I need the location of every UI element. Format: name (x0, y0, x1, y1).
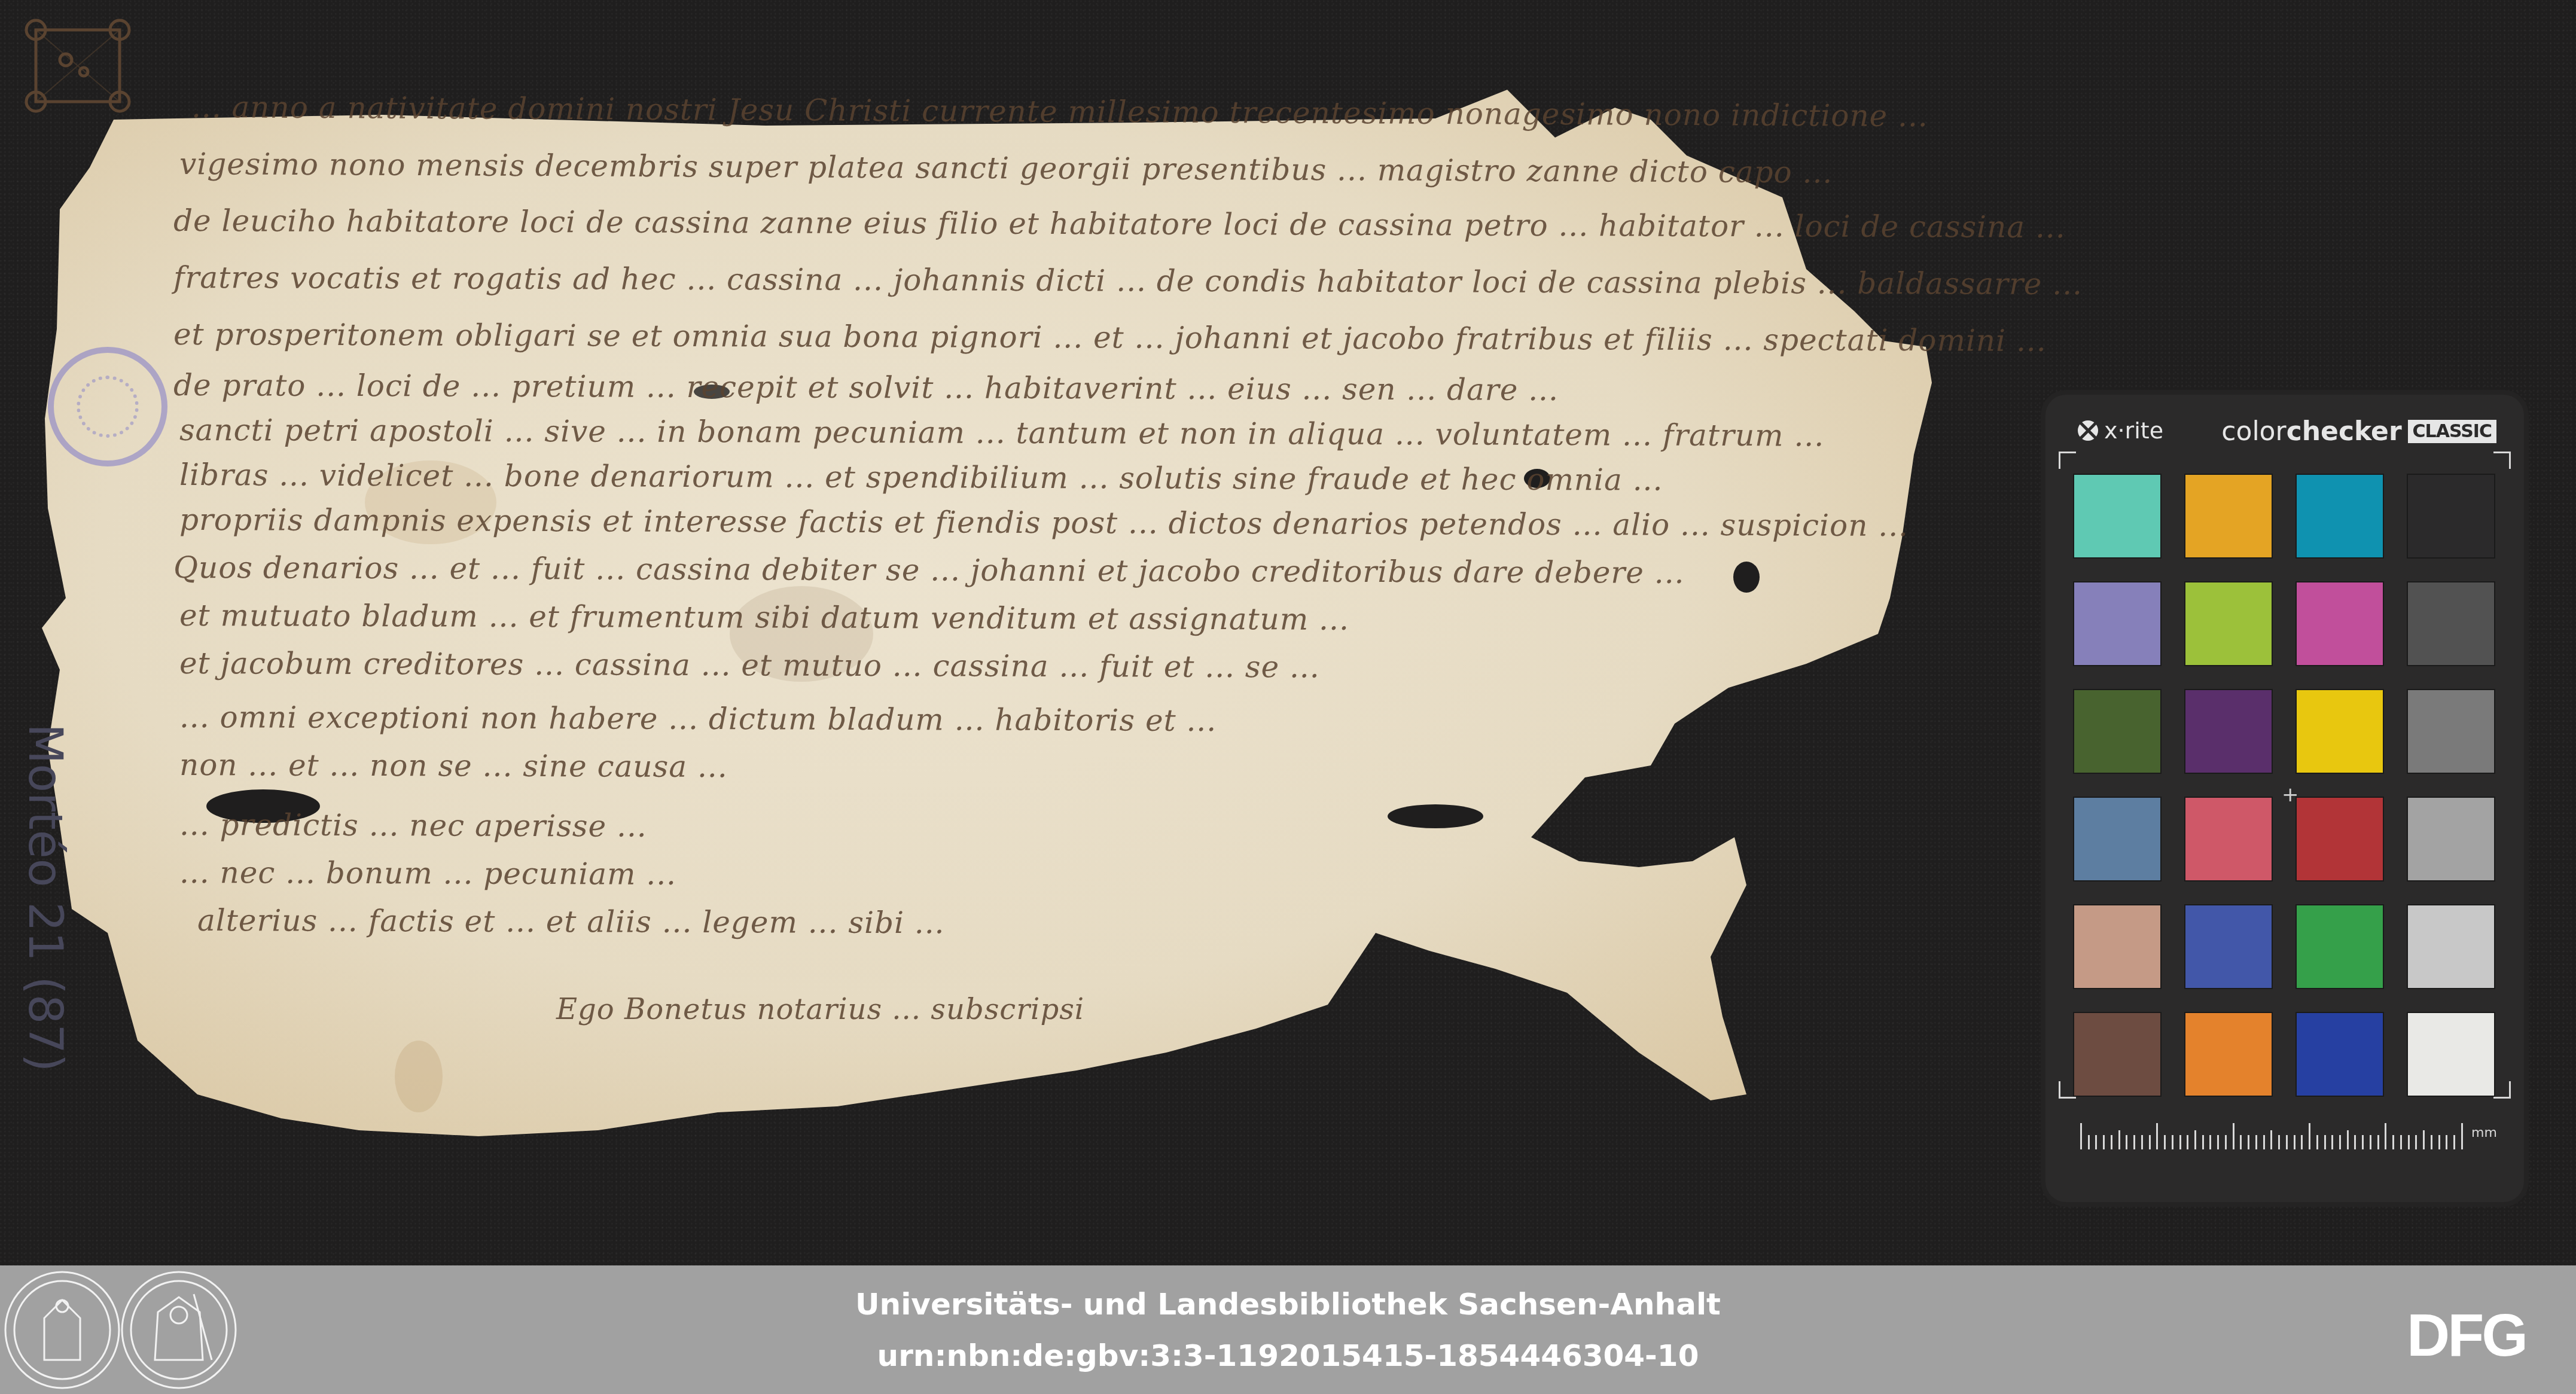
institution-name: Universitäts- und Landesbibliothek Sachs… (0, 1287, 2576, 1322)
ruler-tick (2080, 1123, 2082, 1149)
ruler-tick (2118, 1130, 2120, 1149)
registration-corner-icon (2493, 452, 2511, 469)
ruler-tick (2263, 1135, 2265, 1149)
ruler-tick (2209, 1135, 2211, 1149)
registration-corner-icon (2059, 452, 2076, 469)
ruler-tick (2164, 1135, 2166, 1149)
manuscript-line: sancti petri apostoli ... sive ... in bo… (179, 413, 1824, 453)
ruler-tick (2141, 1135, 2143, 1149)
ruler-tick (2225, 1135, 2227, 1149)
urn-identifier[interactable]: urn:nbn:de:gbv:3:3-1192015415-1854446304… (0, 1338, 2576, 1373)
ruler-tick (2202, 1135, 2204, 1149)
ruler-tick (2385, 1123, 2386, 1149)
xrite-logo-icon (2078, 420, 2098, 441)
xrite-brand-label: x·rite (2104, 417, 2163, 444)
ruler-tick (2347, 1130, 2349, 1149)
color-patch (2295, 474, 2384, 559)
color-patch (2295, 689, 2384, 774)
ruler-tick (2331, 1135, 2333, 1149)
manuscript-line: et mutuato bladum ... et frumentum sibi … (179, 598, 1349, 637)
manuscript-line: non ... et ... non se ... sine causa ... (179, 748, 728, 784)
manuscript-line: propriis dampnis expensis et interesse f… (179, 502, 1909, 543)
ruler-tick (2377, 1135, 2379, 1149)
ruler-tick (2324, 1135, 2326, 1149)
library-footer-bar: Universitäts- und Landesbibliothek Sachs… (0, 1265, 2576, 1394)
ruler-tick (2423, 1130, 2425, 1149)
parchment-document: Mortéo 21 (87) ... anno a nativitate dom… (0, 0, 1974, 1172)
ruler-tick (2095, 1135, 2097, 1149)
color-patch (2073, 474, 2162, 559)
ruler-tick (2111, 1135, 2112, 1149)
ruler-tick (2149, 1135, 2151, 1149)
library-stamp-inner-ring (77, 376, 139, 438)
color-patch (2073, 581, 2162, 666)
ruler-tick (2400, 1135, 2402, 1149)
color-patch (2184, 689, 2273, 774)
library-stamp (48, 347, 167, 466)
ruler-tick (2431, 1135, 2432, 1149)
manuscript-line: Quos denarios ... et ... fuit ... cassin… (173, 550, 1685, 590)
color-patch (2407, 581, 2495, 666)
manuscript-line: alterius ... factis et ... et aliis ... … (197, 903, 945, 940)
color-patch (2295, 797, 2384, 881)
color-patch (2295, 1012, 2384, 1097)
notary-subscription: Ego Bonetus notarius ... subscripsi (556, 993, 1084, 1026)
color-patch (2184, 797, 2273, 881)
ruler-tick (2446, 1135, 2447, 1149)
ruler-tick (2438, 1135, 2440, 1149)
manuscript-line: de leuciho habitatore loci de cassina za… (173, 203, 2066, 245)
colorchecker-product-title: color checker CLASSIC (2221, 416, 2496, 447)
ruler-unit-label: mm (2471, 1125, 2497, 1140)
color-patch (2407, 797, 2495, 881)
product-title-bold: checker (2287, 416, 2402, 447)
color-patch (2073, 1012, 2162, 1097)
manuscript-line: fratres vocatis et rogatis ad hec ... ca… (173, 260, 2083, 301)
notary-signum-icon (0, 0, 150, 138)
ruler-tick (2362, 1135, 2364, 1149)
color-patch (2295, 904, 2384, 989)
ruler-tick (2316, 1135, 2318, 1149)
color-patch (2073, 797, 2162, 881)
manuscript-line: ... predictis ... nec aperisse ... (179, 807, 647, 844)
ruler-tick (2453, 1135, 2455, 1149)
color-patch (2184, 1012, 2273, 1097)
color-patch (2295, 581, 2384, 666)
ruler-tick (2461, 1123, 2463, 1149)
manuscript-line: ... nec ... bonum ... pecuniam ... (179, 855, 676, 892)
color-patch (2407, 1012, 2495, 1097)
ruler-tick (2088, 1135, 2090, 1149)
color-patch (2407, 689, 2495, 774)
manuscript-line: et jacobum creditores ... cassina ... et… (179, 646, 1320, 685)
ruler-tick (2294, 1135, 2295, 1149)
product-title-light: color (2221, 416, 2286, 447)
ruler-tick (2408, 1135, 2410, 1149)
color-patch (2073, 689, 2162, 774)
dfg-logo: DFG (2407, 1301, 2526, 1370)
edition-badge: CLASSIC (2408, 420, 2496, 443)
ruler-tick (2248, 1135, 2249, 1149)
color-patch (2184, 474, 2273, 559)
ruler-tick (2370, 1135, 2371, 1149)
manuscript-line: de prato ... loci de ... pretium ... rec… (173, 368, 1559, 407)
ruler-tick (2156, 1123, 2158, 1149)
ruler-tick (2172, 1135, 2173, 1149)
ruler-tick (2415, 1135, 2417, 1149)
color-patch (2407, 474, 2495, 559)
ruler-tick (2179, 1135, 2181, 1149)
ruler-tick (2126, 1135, 2127, 1149)
ruler-tick (2194, 1130, 2196, 1149)
ruler-tick (2255, 1135, 2257, 1149)
color-patch (2184, 581, 2273, 666)
xrite-brand: x·rite (2078, 417, 2163, 444)
color-patch (2184, 904, 2273, 989)
ruler-tick (2286, 1135, 2288, 1149)
ruler-tick (2301, 1135, 2303, 1149)
ruler-tick (2339, 1135, 2341, 1149)
color-checker-card: x·rite color checker CLASSIC + mm (2045, 395, 2524, 1202)
ruler-tick (2278, 1135, 2280, 1149)
ruler-tick (2240, 1135, 2242, 1149)
ruler-tick (2217, 1135, 2219, 1149)
mm-ruler (2080, 1123, 2463, 1149)
crosshair-icon: + (2282, 785, 2299, 805)
manuscript-line: et prosperitonem obligari se et omnia su… (173, 317, 2047, 358)
ruler-tick (2309, 1123, 2310, 1149)
ruler-tick (2103, 1135, 2105, 1149)
color-patch (2073, 904, 2162, 989)
color-patch (2407, 904, 2495, 989)
color-patch-grid (2073, 474, 2498, 1090)
manuscript-line: libras ... videlicet ... bone denariorum… (179, 457, 1663, 498)
ruler-tick (2133, 1135, 2135, 1149)
shelfmark-annotation: Mortéo 21 (87) (18, 724, 72, 1072)
ruler-tick (2392, 1135, 2394, 1149)
manuscript-line: ... omni exceptioni non habere ... dictu… (179, 700, 1217, 738)
ruler-tick (2187, 1135, 2188, 1149)
ruler-tick (2270, 1130, 2272, 1149)
ruler-tick (2233, 1123, 2234, 1149)
ruler-tick (2354, 1135, 2356, 1149)
